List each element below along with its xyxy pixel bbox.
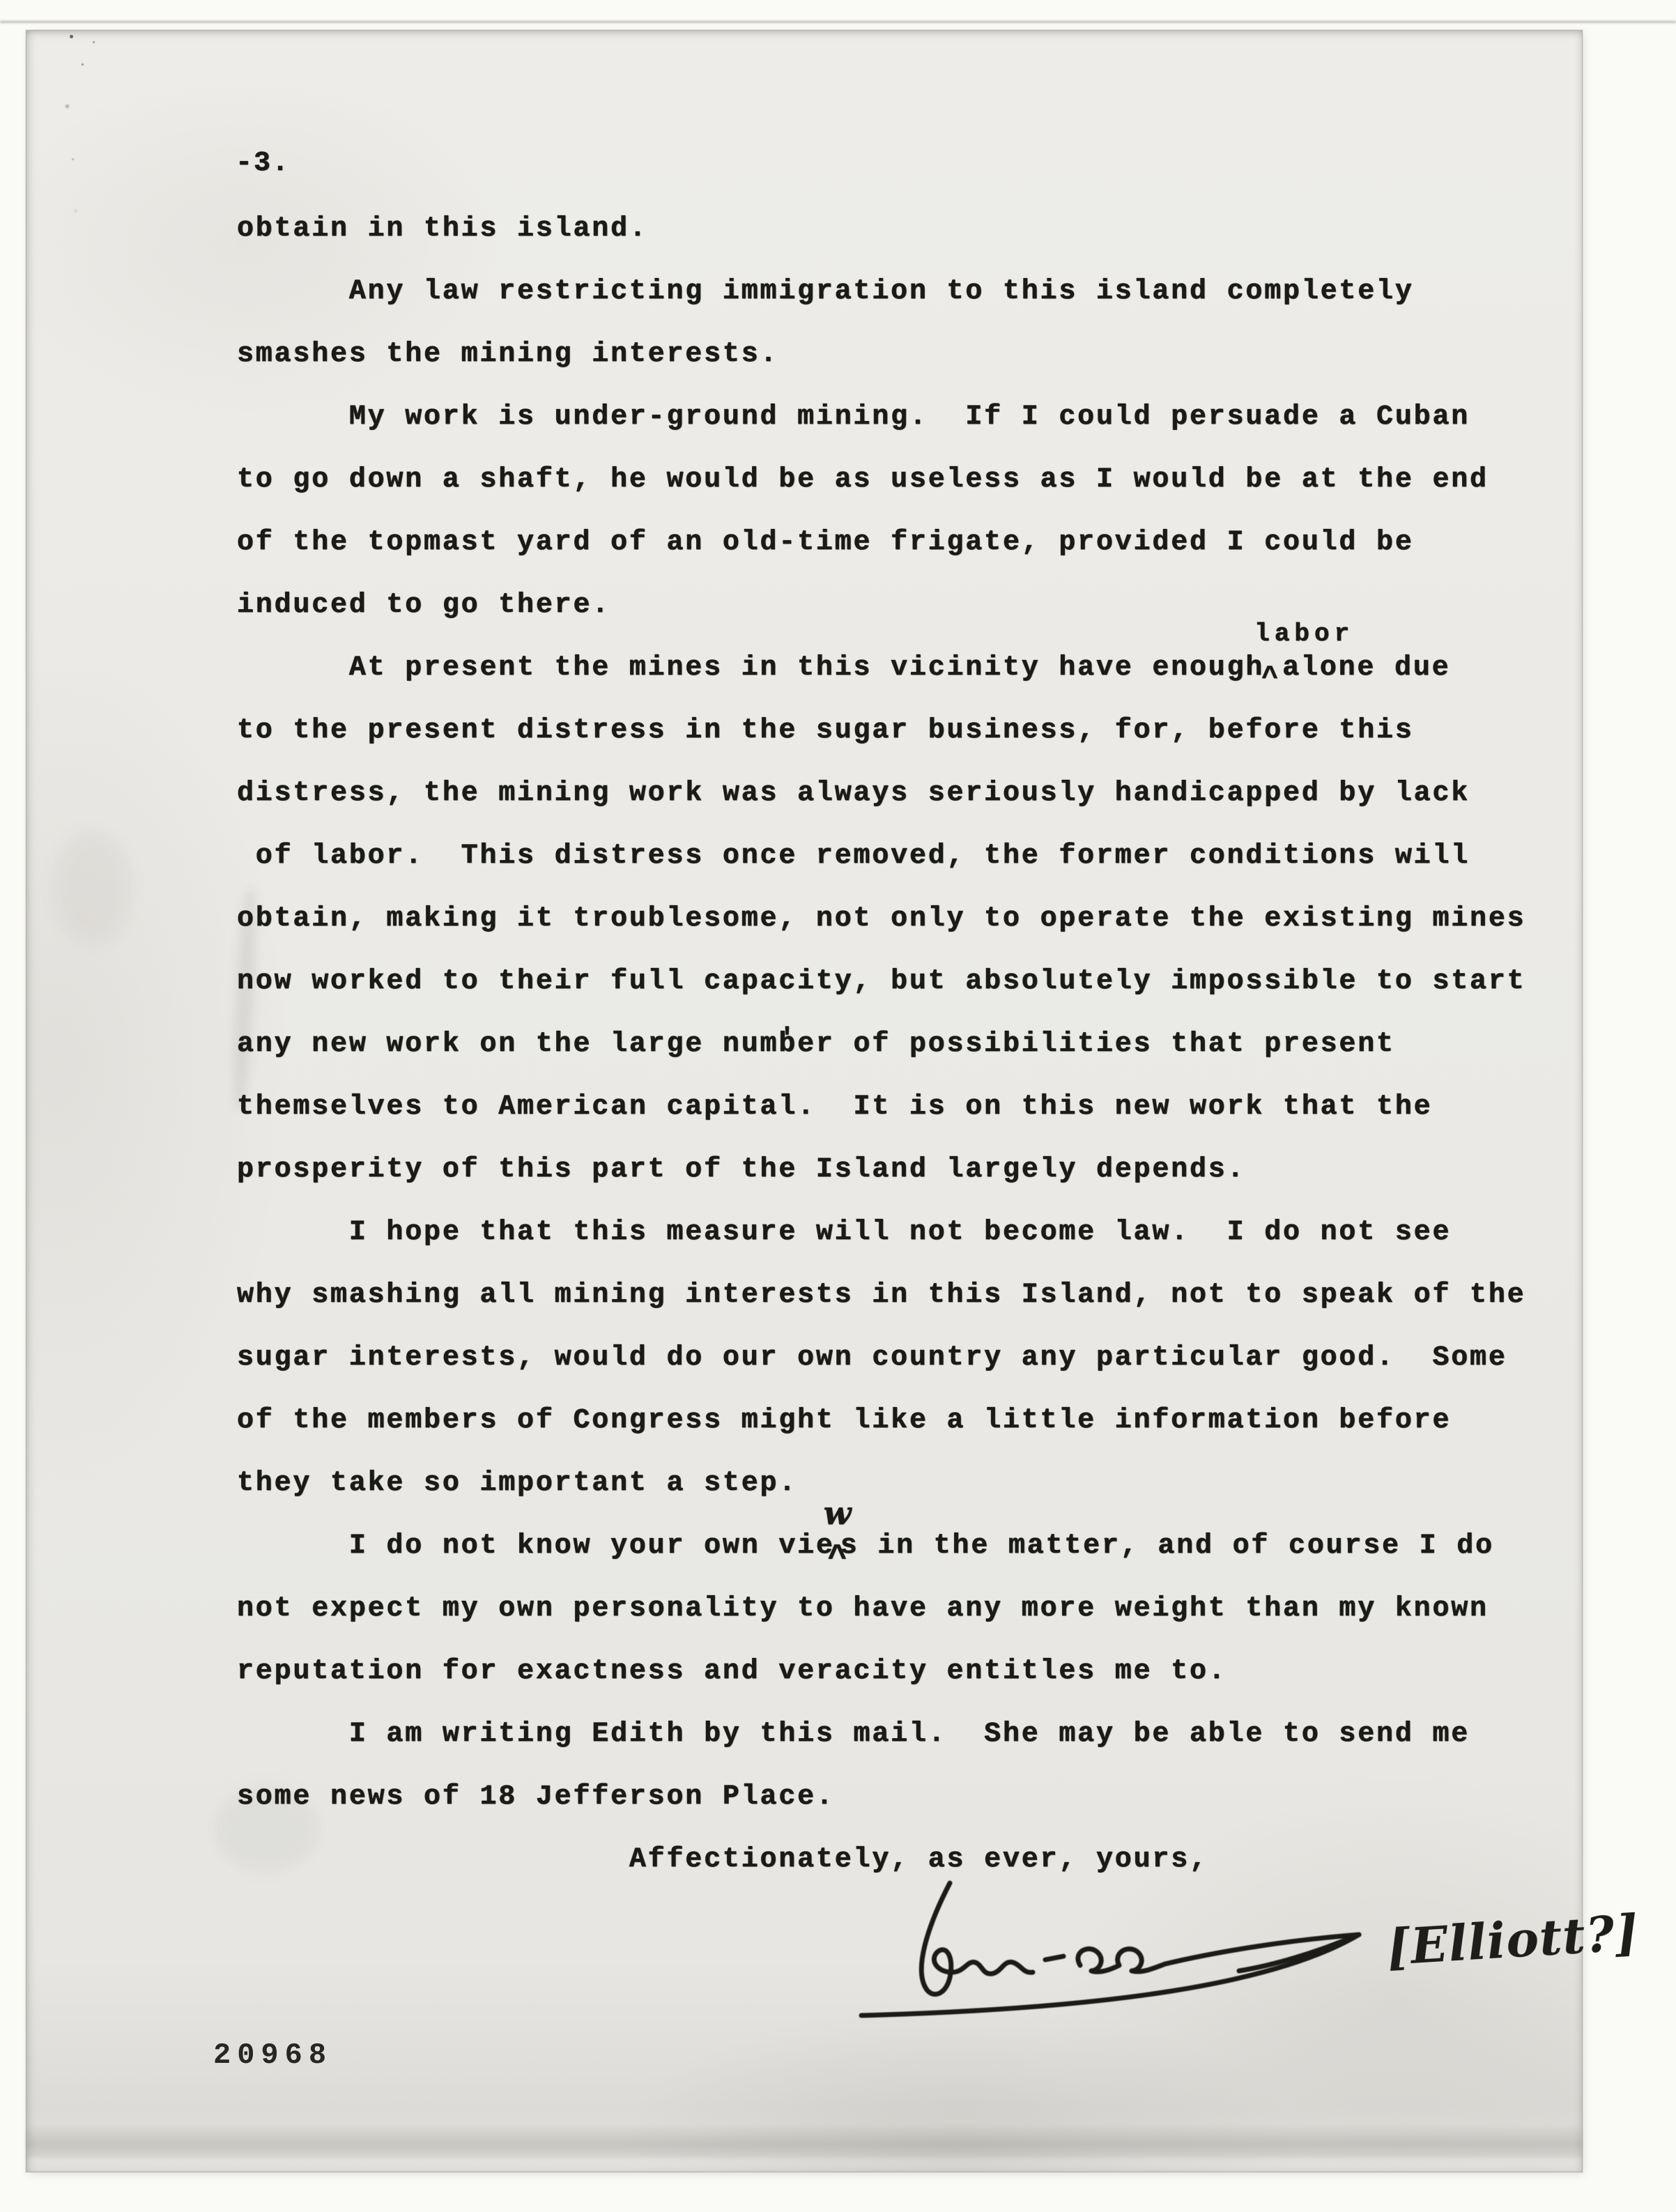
paper-bottom-edge-shadow (26, 2124, 1582, 2158)
page-number: -3. (236, 148, 290, 180)
letter-line: of labor. This distress once removed, th… (237, 825, 1525, 888)
letter-line: not expect my own personality to have an… (237, 1578, 1525, 1641)
letter-line: At present the mines in this vicinity ha… (237, 637, 1525, 700)
letter-line: why smashing all mining interests in thi… (237, 1264, 1525, 1327)
letter-line: now worked to their full capacity, but a… (237, 951, 1525, 1013)
letter-line: My work is under-ground mining. If I cou… (237, 386, 1525, 449)
letter-page: -3. obtain in this island. Any law restr… (26, 31, 1582, 2172)
signature-scrawl (828, 1868, 1392, 2031)
letter-line: prosperity of this part of the Island la… (237, 1139, 1525, 1201)
letter-body: obtain in this island. Any law restricti… (237, 198, 1525, 1891)
catalog-number: 20968 (213, 2038, 332, 2073)
signature-annotation: [Elliott?] (1385, 1905, 1640, 1976)
letter-line: I do not know your own view^s in the mat… (237, 1515, 1525, 1578)
letter-line: Any law restricting immigration to this … (237, 261, 1525, 323)
letter-line: they take so important a step. (237, 1452, 1525, 1515)
letter-line: any new work on the large number of poss… (237, 1013, 1525, 1076)
signature-stroke (921, 1883, 1033, 1995)
inserted-word: w (824, 1497, 852, 1529)
letter-line: obtain, making it troublesome, not only … (237, 888, 1525, 951)
paper-corner-specks (70, 35, 73, 38)
signature-stroke (1045, 1956, 1063, 1960)
scanner-backing-edge (0, 21, 1676, 23)
letter-line: I am writing Edith by this mail. She may… (237, 1703, 1525, 1766)
line-text: At present the mines in this vicinity ha… (237, 652, 1264, 684)
caret-mark: ^ (828, 1544, 849, 1572)
letter-line: obtain in this island. (237, 198, 1525, 261)
line-text: s in the matter, and of course I do (840, 1530, 1494, 1562)
letter-line: themselves to American capital. It is on… (237, 1076, 1525, 1139)
insertion-mark: w^ (835, 1525, 840, 1553)
letter-line: to the present distress in the sugar bus… (237, 700, 1525, 762)
line-text: I do not know your own vie (237, 1530, 835, 1562)
signature-underline (861, 1935, 1359, 2015)
caret-mark: ^ (1261, 665, 1280, 693)
letter-line: some news of 18 Jefferson Place. (237, 1766, 1525, 1829)
line-text: alone due (1282, 652, 1450, 684)
letter-line: I hope that this measure will not become… (237, 1201, 1525, 1264)
letter-line: of the topmast yard of an old-time friga… (237, 512, 1525, 574)
scan-background: { "letter": { "page_number": "-3.", "lin… (0, 0, 1676, 2212)
letter-line: distress, the mining work was always ser… (237, 762, 1525, 825)
stray-ink-mark: ' (779, 1026, 795, 1052)
letter-line: sugar interests, would do our own countr… (237, 1327, 1525, 1390)
signature-stroke (1078, 1949, 1165, 1972)
inserted-word: labor (1254, 622, 1354, 647)
letter-line: reputation for exactness and veracity en… (237, 1641, 1525, 1703)
insertion-mark: labor^ (1264, 647, 1282, 675)
letter-line: of the members of Congress might like a … (237, 1390, 1525, 1452)
paper-stain (54, 832, 131, 944)
letter-line: to go down a shaft, he would be as usele… (237, 449, 1525, 512)
letter-line: smashes the mining interests. (237, 323, 1525, 386)
